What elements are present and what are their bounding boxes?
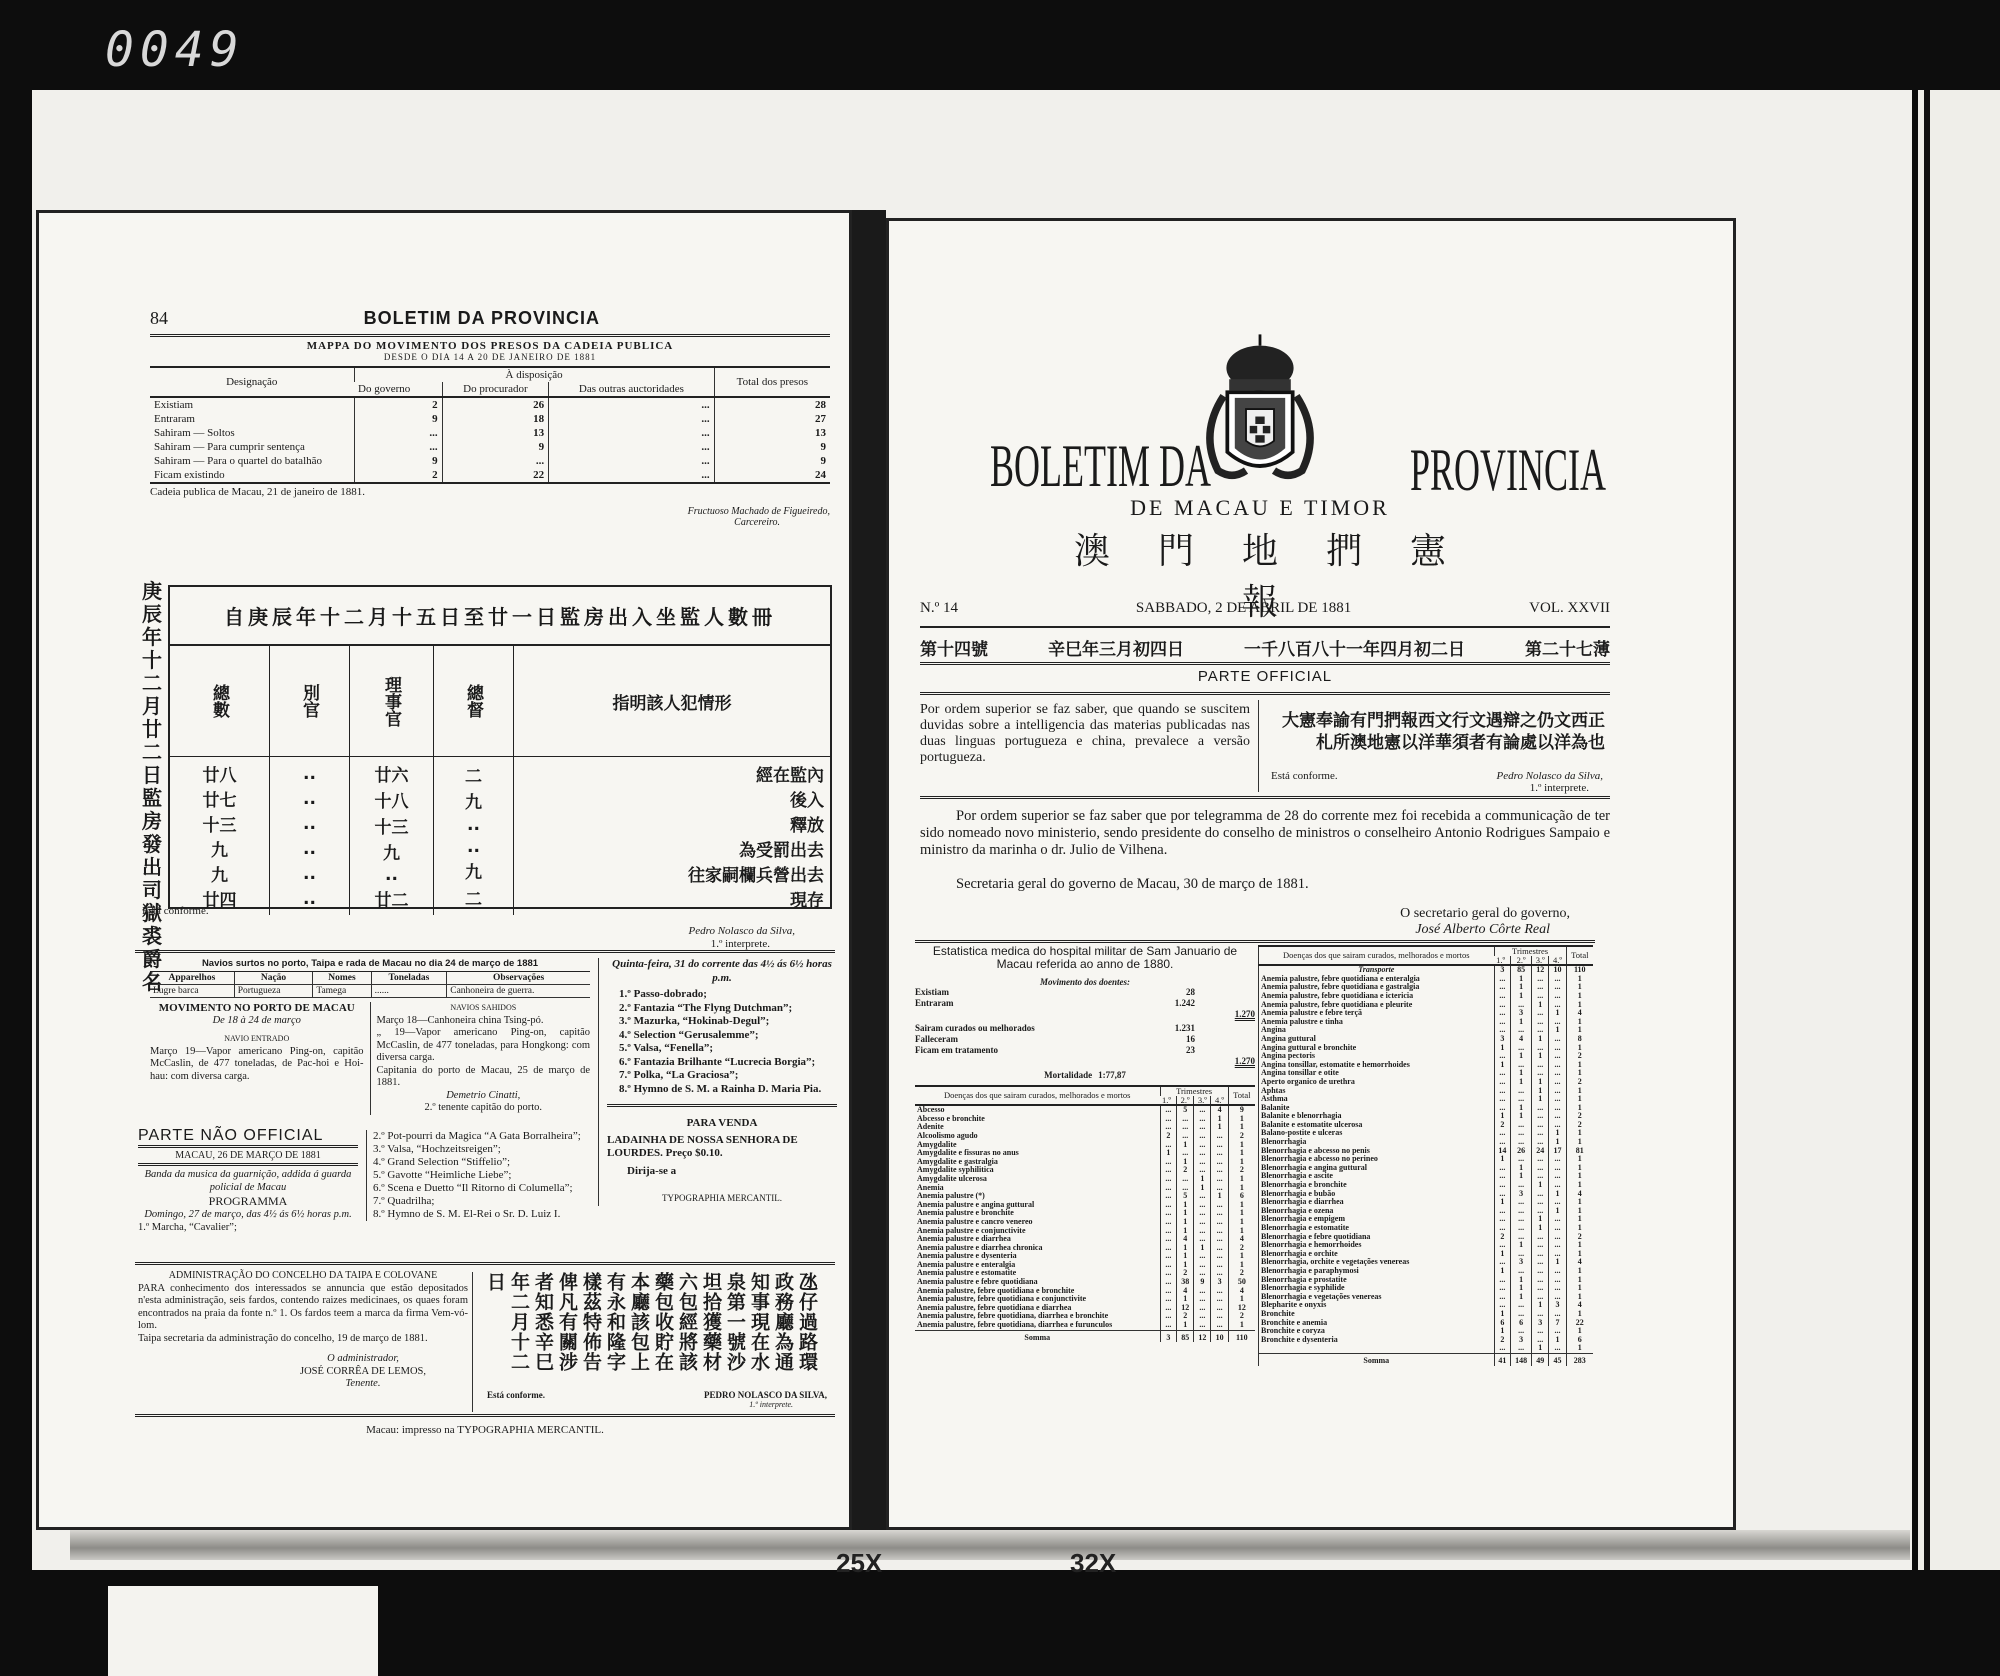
cell: Portugueza [234,985,313,998]
col-total: 總數 廿八廿七十三九九廿四 [170,646,270,915]
col-header: Nação [234,972,313,985]
disease-label: Anemia palustre e enteralgia [915,1261,1160,1270]
disease-label: Anemia palustre e conjunctivite [915,1227,1160,1236]
cell: 2 [354,397,442,412]
cn-volume: 第二十七薄 [1525,635,1610,660]
disease-label: Anemia palustre, febre quotidiana e conj… [915,1295,1160,1304]
disease-label: Anemia palustre e tinha [1259,1018,1495,1027]
disease-label: Somma [1259,1353,1495,1365]
programma-item: 6.º Scena e Duetto “Il Ritorno di Colume… [373,1182,598,1195]
navios-table: ApparelhosNaçãoNomesToneladasObservações… [150,972,590,998]
disease-label: Blenorrhagia e empigem [1259,1215,1495,1224]
navios-surtos: Navios surtos no porto, Taipa e rada de … [150,958,590,1115]
disease-label: Abcesso e bronchite [915,1115,1160,1124]
mappa-title: MAPPA DO MOVIMENTO DOS PRESOS DA CADEIA … [150,340,830,352]
cell: ... [354,440,442,454]
administracao-signature: JOSÉ CORRÊA DE LEMOS, [138,1366,468,1379]
cell: 22 [442,468,549,483]
mov-total: 1.270 [915,1009,1255,1020]
cell: 45 [1549,1353,1566,1365]
cell: 1 [1532,1344,1549,1353]
col-header: 別官 [270,646,349,757]
col-header: 總數 [170,646,269,757]
programa-item: 5.º Valsa, “Fenella”; [619,1042,837,1056]
doencas-table-2: Doenças dos que sairam curados, melhorad… [1258,945,1593,1366]
para-venda-typo: TYPOGRAPHIA MERCANTIL. [607,1192,837,1206]
cell: ... [1494,1344,1511,1353]
movimento-dates: De 18 à 24 de março [150,1015,364,1028]
disease-label: Anemia palustre, febre quotidiana, diarr… [915,1312,1160,1321]
cell: 3 [1160,1330,1177,1342]
col-do-procurador: Do procurador [442,382,549,397]
cell: 10 [1211,1330,1228,1342]
estatistica-title: Estatistica medica do hospital militar d… [915,945,1255,971]
cell: 釋放 [514,811,830,836]
administracao-sig-title: Tenente. [138,1378,468,1391]
page-gutter [852,210,886,1530]
row-label: Sahiram — Para cumprir sentença [150,440,354,454]
col-other: 別官 ............ [270,646,350,915]
volume: VOL. XXVII [1529,600,1610,617]
cell: 49 [1532,1353,1549,1365]
disease-label: Angina tonsillar e otite [1259,1069,1495,1078]
table-row: Blenorrhagia e ascite...1......1 [1259,1172,1594,1181]
cell: 後入 [514,786,830,811]
disease-label: Amygdalite syphilitica [915,1166,1160,1175]
col-designacao: Designação [150,367,354,397]
cell: .. [270,889,349,909]
disease-label: Bronchite e dysenteria [1259,1336,1495,1345]
disease-label: Blenorrhagia e bronchite [1259,1181,1495,1190]
table-row: Anemia palustre e diarrhea...4......4 [915,1235,1255,1244]
cell: ... [442,454,549,468]
mov-label: Sairam curados ou melhorados [915,1023,1035,1034]
programma-item: 3.º Valsa, “Hochzeitsreigen”; [373,1143,598,1156]
scale-mark-32x: 32X [1070,1548,1116,1579]
para-venda-dirija: Dirija-se a [627,1165,837,1179]
table-row: Blenorrhagia e vegetações venereas...1..… [1259,1293,1594,1302]
table-row: Existiam226...28 [150,397,830,412]
disease-label: Anemia [915,1184,1160,1193]
col-header: 指明該人犯情形 [514,646,830,757]
disease-label: Abcesso [915,1105,1160,1115]
cell: 經在監內 [514,761,830,786]
cell: 九 [170,861,269,886]
cn-notice: 氹仔過路環政務廳為通知事現在水泉第一號沙坦拾獲藥材六包經將該藥包收貯在本廳該包上… [472,1272,833,1412]
cell: 二 [434,885,513,910]
imprint: Macau: impresso na TYPOGRAPHIA MERCANTIL… [135,1424,835,1436]
cell: 1 [1177,1321,1194,1330]
mappa-place-date: Cadeia publica de Macau, 21 de janeiro d… [150,486,830,498]
cell: .. [270,839,349,859]
disease-label: Blenorrhagia e paraphymosi [1259,1267,1495,1276]
cell: .. [434,837,513,857]
movimento-entrado: MOVIMENTO NO PORTO DE MACAU De 18 à 24 d… [150,1002,371,1115]
cn-gregorian-date: 一千八百八十一年四月初二日 [1244,635,1465,660]
col-zongdu: 總督 二九....九二 [434,646,514,915]
cell: 廿八 [170,761,269,786]
disease-label: Blenorrhagia e ozena [1259,1207,1495,1216]
disease-label: Anemia palustre e estomatite [915,1269,1160,1278]
cell: .. [270,814,349,834]
disease-label: Blepharite e onyxis [1259,1301,1495,1310]
cell: 9 [354,412,442,426]
cell: 九 [434,858,513,883]
disease-label: Anemia palustre, febre quotidiana e diar… [915,1304,1160,1313]
rule [920,662,1610,665]
rule [135,950,835,953]
disease-label: Blenorrhagia e angina guttural [1259,1164,1495,1173]
cell: ... [1549,1344,1566,1353]
programa-item: 6.º Fantazia Brilhante “Lucrecia Borgia”… [619,1056,837,1070]
aviso-conforme: Está conforme. [1271,770,1338,782]
issue-number: N.º 14 [920,600,958,617]
table-row: Sahiram — Para cumprir sentença...9...9 [150,440,830,454]
col-total: Total [1566,946,1593,965]
capitania-sig-title: 2.º tenente capitão do porto. [377,1102,591,1115]
disease-label: Amygdalite e gastralgia [915,1158,1160,1167]
adjacent-frame-edge [1918,90,2000,1570]
disease-label: Anemia palustre e febre quotidiana [915,1278,1160,1287]
mov-value: 1.231 [1175,1023,1195,1034]
cn-notice-signature: PEDRO NOLASCO DA SILVA, [704,1390,827,1400]
secretaria-role: O secretario geral do governo, [1200,906,1570,922]
col-total: Total [1228,1086,1255,1105]
cell: ... [1160,1321,1177,1330]
rule [920,796,1610,799]
cell: 二 [434,762,513,787]
table-row: Lugre barcaPortuguezaTamega......Canhone… [150,985,590,998]
table-row: Amygdalite syphilitica...2......2 [915,1166,1255,1175]
cell: 27 [714,412,830,426]
disease-label: Amygdalite [915,1141,1160,1150]
cell: 24 [714,468,830,483]
aviso-chines: 大憲奉諭有門捫報西文行文遇辯之仍文西正札所澳地憲以洋華須者有論處以洋為也 Est… [1258,700,1609,792]
table-row: Ficam existindo222...24 [150,468,830,483]
administracao-place-date: Taipa secretaria da administração do con… [138,1333,468,1346]
disease-label: Angina guttural [1259,1035,1495,1044]
page-bottom-edge [70,1530,1910,1560]
disease-label: Blenorrhagia e diarrhea [1259,1198,1495,1207]
cn-signature-title: 1.º interprete. [600,938,770,950]
programa-item: 1.º Passo-dobrado; [619,988,837,1002]
cn-lunar-date: 辛巳年三月初四日 [1048,635,1184,660]
sahidos-item: Março 18—Canhoneira china Tsing-pó. [377,1015,591,1028]
disease-label: Anemia palustre e diarrhea chronica [915,1244,1160,1253]
movimento-title: MOVIMENTO NO PORTO DE MACAU [150,1002,364,1015]
programa-item: 8.º Hymno de S. M. a Rainha D. Maria Pia… [619,1083,837,1097]
mov-row: Falleceram16 [915,1034,1255,1045]
col-header: Apparelhos [150,972,234,985]
movimento-head: Movimento dos doentes: [915,977,1255,987]
cell: Lugre barca [150,985,234,998]
disease-label: Anemia palustre (*) [915,1192,1160,1201]
table-row: Entraram918...27 [150,412,830,426]
disease-label: Amygdalite ulcerosa [915,1175,1160,1184]
cell: ... [1211,1321,1228,1330]
disease-label: Angina tonsillar, estomatite e hemorrhoi… [1259,1061,1495,1070]
table-row: Aperto organico de urethra...11...2 [1259,1078,1594,1087]
mortalidade-value: 1:77,87 [1098,1070,1126,1081]
dateline: N.º 14 SABBADO, 2 DE ABRIL DE 1881 VOL. … [920,600,1610,617]
programa-item: 3.º Mazurka, “Hokinab-Degul”; [619,1015,837,1029]
disease-label: Adenite [915,1123,1160,1132]
programma-item: 1.º Marcha, “Cavalier”; [138,1222,358,1235]
cell: 1 [1228,1321,1255,1330]
cell: 1 [1566,1344,1593,1353]
cell: 12 [1194,1330,1211,1342]
disease-label: Aphtas [1259,1087,1495,1096]
mov-row: Sairam curados ou melhorados1.231 [915,1023,1255,1034]
mov-label: Ficam em tratamento [915,1045,998,1056]
aviso-sig-title: 1.º interprete. [1530,782,1589,794]
mappa-signature-title: Carcereiro. [150,517,830,528]
cell: .. [270,764,349,784]
page-number: 84 [150,308,168,329]
cell: 十八 [350,787,433,812]
disease-label: Alcoolismo agudo [915,1132,1160,1141]
para-venda-text: LADAINHA DE NOSSA SENHORA DE LOURDES. Pr… [607,1134,837,1161]
disease-label: Blenorrhagia e prostatite [1259,1276,1495,1285]
cell: 十三 [170,811,269,836]
disease-label: Anemia palustre, febre quotidiana e ente… [1259,975,1495,984]
programma-item: 8.º Hymno de S. M. El-Rei o Sr. D. Luiz … [373,1208,598,1221]
capitania: Capitania do porto de Macau, 25 de março… [377,1065,591,1090]
col-header: 總督 [434,646,513,757]
mov-value: 16 [1186,1034,1195,1045]
programma-heading: PROGRAMMA [138,1194,358,1209]
programa-heading: Quinta-feira, 31 do corrente das 4½ ás 6… [607,958,837,985]
col-desc: 指明該人犯情形 經在監內後入釋放為受罰出去往家嗣欄兵營出去現存 [514,646,830,915]
entrado-text: Março 19—Vapor americano Ping-on, capitã… [150,1046,364,1084]
cell: ... [549,426,714,440]
mov-row: Ficam em tratamento23 [915,1045,1255,1056]
cell: 廿六 [350,761,433,786]
row-label: Existiam [150,397,354,412]
programma-item: 7.º Quadrilha; [373,1195,598,1208]
table-row: Anemia palustre, febre quotidiana e icte… [1259,992,1594,1001]
disease-label: Transporte [1259,965,1495,975]
col-q1: 1.º [1160,1096,1177,1106]
estatistica-medica: Estatistica medica do hospital militar d… [915,945,1255,1342]
cell: .. [350,865,433,885]
disease-label: Angina guttural e bronchite [1259,1044,1495,1053]
row-label: Ficam existindo [150,468,354,483]
disease-label: Balano-postite e ulceras [1259,1129,1495,1138]
administracao-sig-role: O administrador, [138,1353,468,1366]
entrado-head: NAVIO ENTRADO [150,1033,364,1046]
cell: 九 [434,788,513,813]
mov-total-value: 1.270 [1235,1009,1255,1020]
cell: 九 [170,836,269,861]
col-q2: 2.º [1177,1096,1194,1106]
programa-item: 7.º Polka, “La Graciosa”; [619,1069,837,1083]
cell: 41 [1494,1353,1511,1365]
sum-row: Somma411484945283 [1259,1353,1594,1365]
col-q3: 3.º [1194,1096,1211,1106]
mov-row: Existiam28 [915,987,1255,998]
banda-intro: Banda da musica da guarnição, addida á g… [138,1169,358,1194]
aviso-signature: Pedro Nolasco da Silva, [1496,770,1603,782]
table-row: ......1...1 [1259,1344,1594,1353]
cell: Tamega [313,985,371,998]
table-row: Sahiram — Para o quartel do batalhão9...… [150,454,830,468]
disease-label: Blenorrhagia e ascite [1259,1172,1495,1181]
coat-of-arms-icon [1190,325,1330,495]
disease-label: Anemia palustre e angina guttural [915,1201,1160,1210]
cell: 18 [442,412,549,426]
table-row: Bronchite1.........1 [1259,1310,1594,1319]
cell: 廿七 [170,786,269,811]
disease-label: Anemia palustre e dysenteria [915,1252,1160,1261]
masthead-left: BOLETIM DA [990,432,1110,501]
disease-label: Blenorrhagia e febre quotidiana [1259,1233,1495,1242]
cell: ... [549,454,714,468]
col-header: Toneladas [371,972,447,985]
disease-label: Anemia palustre, febre quotidiana e pleu… [1259,1001,1495,1010]
cell: 26 [442,397,549,412]
cell: 13 [442,426,549,440]
cell: ... [549,440,714,454]
col-lishi: 理事官 廿六十八十三九..廿二 [350,646,434,915]
movimento-sahidos: NAVIOS SAHIDOS Março 18—Canhoneira china… [371,1002,591,1115]
programma-item: 2.º Pot-pourri da Magica “A Gata Borralh… [373,1130,598,1143]
row-label: Entraram [150,412,354,426]
mov-total-value: 1.270 [1235,1056,1255,1067]
secretaria-date: Secretaria geral do governo de Macau, 30… [956,876,1309,893]
col-doencas: Doenças dos que sairam curados, melhorad… [915,1086,1160,1105]
mappa-presos: MAPPA DO MOVIMENTO DOS PRESOS DA CADEIA … [150,340,830,528]
cell: 9 [354,454,442,468]
rule [135,1262,835,1265]
cell: 9 [442,440,549,454]
parte-nao-official: PARTE NÃO OFFICIAL MACAU, 26 DE MARÇO DE… [138,1127,358,1234]
telegrama-notice: Por ordem superior se faz saber que por … [920,808,1610,859]
cell: ... [549,397,714,412]
disease-label: Somma [915,1330,1160,1342]
administracao-text: PARA conhecimento dos interessados se an… [138,1283,468,1333]
rule [920,692,1610,695]
disease-label: Aperto organico de urethra [1259,1078,1495,1087]
disease-label: Bronchite e coryza [1259,1327,1495,1336]
mappa-subtitle: DESDE O DIA 14 A 20 DE JANEIRO DE 1881 [150,352,830,362]
table-row: Angina guttural e bronchite1.........1 [1259,1044,1594,1053]
col-a-disposicao: À disposição [354,367,714,382]
mov-label: Existiam [915,987,949,998]
disease-label: Bronchite [1259,1310,1495,1319]
table-row: Blenorrhagia e ozena.........11 [1259,1207,1594,1216]
mortalidade-label: Mortalidade [1044,1070,1092,1081]
cell: 85 [1177,1330,1194,1342]
programa-item: 4.º Selection “Gerusalemme”; [619,1029,837,1043]
disease-label: Anemia palustre, febre quotidiana, diarr… [915,1321,1160,1330]
cell: 13 [714,426,830,440]
para-venda-title: PARA VENDA [607,1117,837,1131]
sum-row: Somma3851210110 [915,1330,1255,1342]
navios-title: Navios surtos no porto, Taipa e rada de … [150,958,590,972]
col-header: Observações [447,972,590,985]
cell: ... [549,412,714,426]
col-das-outras: Das outras auctoridades [549,382,714,397]
programma-item: 5.º Gavotte “Heimliche Liebe”; [373,1169,598,1182]
cell: 2 [354,468,442,483]
microfilm-frame-number: 0049 [105,22,245,78]
cell: 現存 [514,886,830,911]
col-doencas: Doenças dos que sairam curados, melhorad… [1259,946,1495,965]
mov-row: Entraram1.242 [915,998,1255,1009]
cell: 往家嗣欄兵營出去 [514,861,830,886]
disease-label: Anemia palustre e cancro venereo [915,1218,1160,1227]
cell: ... [1194,1321,1211,1330]
disease-label: Anemia palustre e bronchite [915,1209,1160,1218]
running-head-title: BOLETIM DA PROVINCIA [364,308,600,329]
cell: ... [354,426,442,440]
mov-total: 1.270 [915,1056,1255,1067]
table-row: Angina tonsillar e otite...1......1 [1259,1069,1594,1078]
col-q1: 1.º [1494,956,1511,966]
col-q4: 4.º [1549,956,1566,966]
cn-signature: Pedro Nolasco da Silva, [600,925,795,937]
disease-label: Balanite e estomatite ulcerosa [1259,1121,1495,1130]
cell: ...... [371,985,447,998]
cell: Canhoneira de guerra. [447,985,590,998]
section-date: MACAU, 26 DE MARÇO DE 1881 [138,1148,358,1166]
cell: 廿二 [350,886,433,911]
parte-official-heading: PARTE OFFICIAL [920,668,1610,685]
disease-label: Anemia palustre, febre quotidiana e icte… [1259,992,1495,1001]
cell: .. [434,815,513,835]
cell: .. [270,864,349,884]
col-q3: 3.º [1532,956,1549,966]
disease-label: Anemia palustre e diarrhea [915,1235,1160,1244]
cell: 110 [1228,1330,1255,1342]
table-row: Amygdalite ulcerosa......1...1 [915,1175,1255,1184]
col-total: Total dos presos [714,367,830,397]
programa-item: 2.º Fantazia “The Flyng Dutchman”; [619,1002,837,1016]
disease-label: Bronchite e anemia [1259,1319,1495,1328]
col-header: 理事官 [350,646,433,757]
cn-conforme: Está conforme. [142,905,209,917]
cell: 9 [714,454,830,468]
secretaria-signature: José Alberto Côrte Real [1200,922,1550,938]
mov-value: 1.242 [1175,998,1195,1009]
disease-label: Angina pectoris [1259,1052,1495,1061]
issue-date: SABBADO, 2 DE ABRIL DE 1881 [1136,600,1351,617]
mov-value: 28 [1186,987,1195,998]
administracao-taipa: ADMINISTRAÇÃO DO CONCELHO DA TAIPA E COL… [138,1270,468,1391]
sahidos-head: NAVIOS SAHIDOS [377,1002,591,1015]
table-row: Sahiram — Soltos...13...13 [150,426,830,440]
disease-label: Anemia palustre, febre quotidiana e bron… [915,1287,1160,1296]
row-label: Sahiram — Para o quartel do batalhão [150,454,354,468]
cell: 283 [1566,1353,1593,1365]
cell: 十三 [350,813,433,838]
capitania-signature: Demetrio Cinatti, [377,1090,591,1103]
disease-label: Blenorrhagia e abcesso no penis [1259,1147,1495,1156]
mortalidade: Mortalidade1:77,87 [915,1070,1255,1081]
cn-notice-conforme: Está conforme. [487,1390,545,1400]
administracao-title: ADMINISTRAÇÃO DO CONCELHO DA TAIPA E COL… [138,1270,468,1283]
cell: 28 [714,397,830,412]
target-card [108,1586,378,1676]
disease-label: Blenorrhagia e hemorrhoides [1259,1241,1495,1250]
disease-label: Blenorrhagia e vegetações venereas [1259,1293,1495,1302]
rule [135,1414,835,1417]
table-row: Anemia palustre, febre quotidiana, diarr… [915,1321,1255,1330]
table-row: Aphtas......1...1 [1259,1087,1594,1096]
section-title: PARTE NÃO OFFICIAL [138,1127,358,1148]
programma-item: 4.º Grand Selection “Stiffelio”; [373,1156,598,1169]
